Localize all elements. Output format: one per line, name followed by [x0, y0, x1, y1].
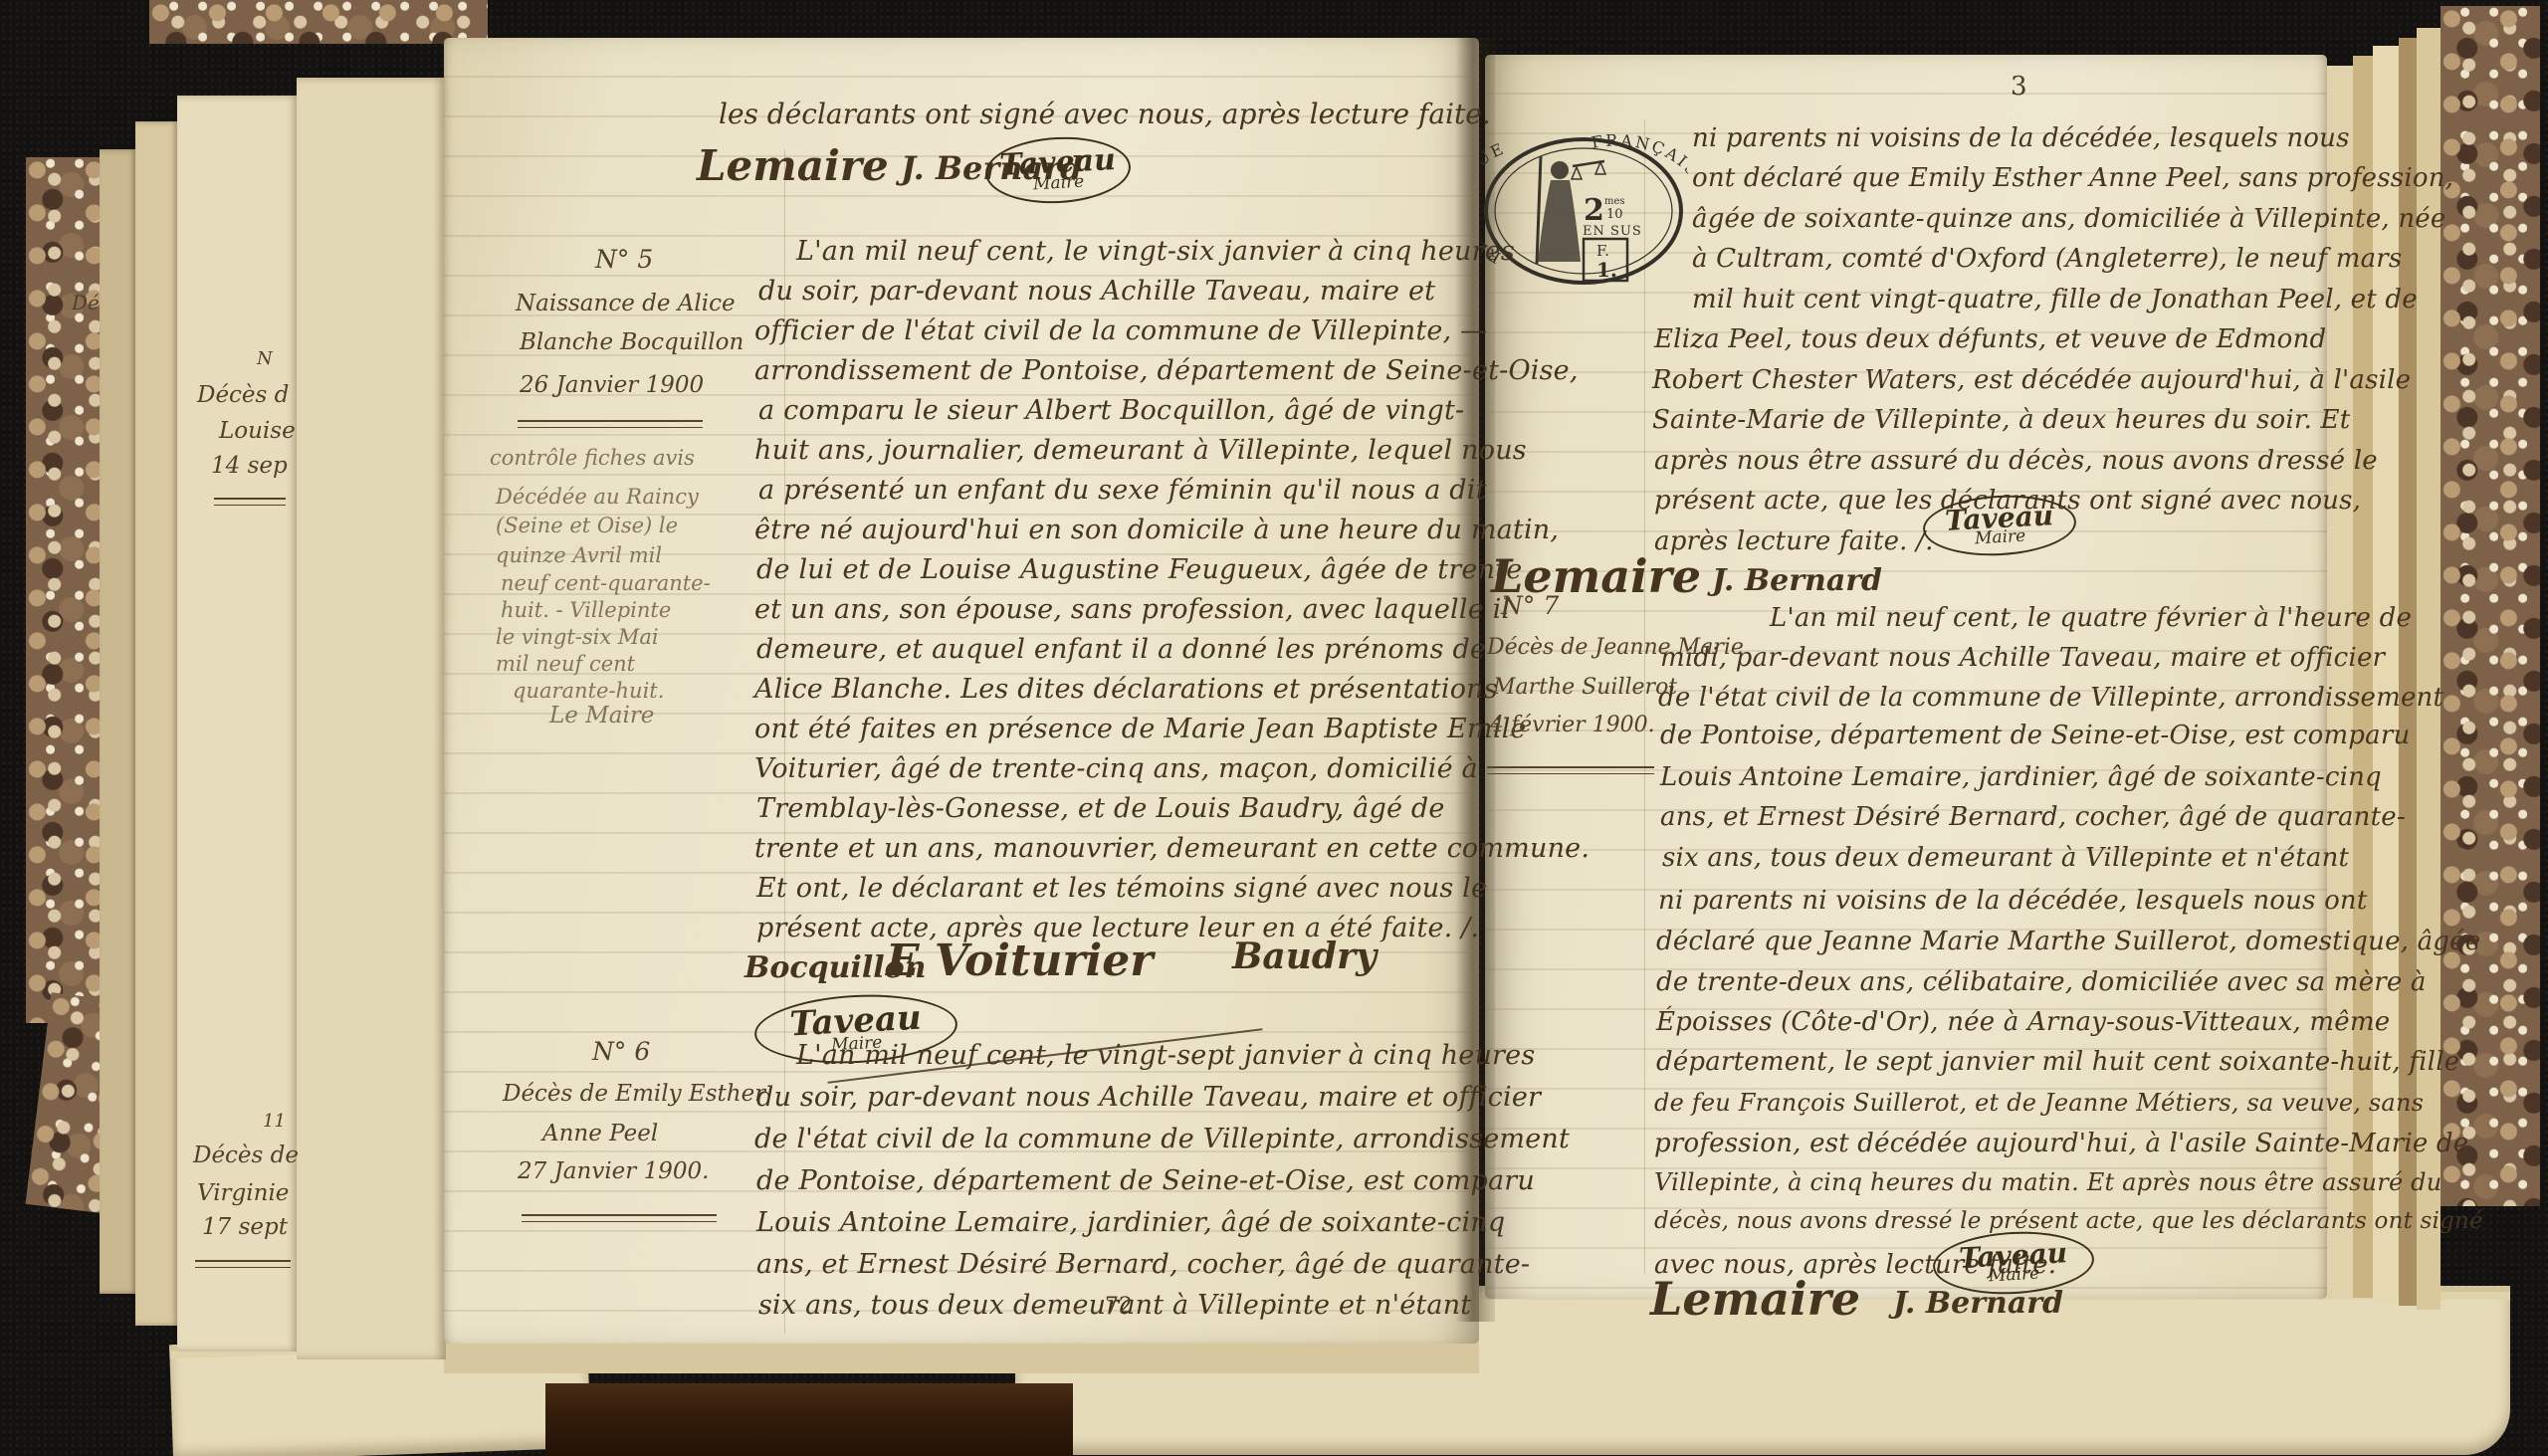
- act7-line: département, le sept janvier mil huit ce…: [1656, 1047, 2459, 1077]
- act5-margin-line3: 26 Janvier 1900: [520, 372, 704, 398]
- act7-line: L'an mil neuf cent, le quatre février à …: [1770, 603, 2412, 633]
- act6-line: de Pontoise, département de Seine-et-Ois…: [756, 1165, 1535, 1196]
- marble-cover-top-left: [149, 0, 488, 44]
- act5-line: huit ans, journalier, demeurant à Villep…: [754, 435, 1527, 466]
- act6-margin-line3: 27 Janvier 1900.: [518, 1158, 709, 1184]
- act6cont-line: mil huit cent vingt-quatre, fille de Jon…: [1692, 285, 2418, 314]
- under-note-upper-number: N: [257, 348, 273, 369]
- act7-margin-line2: Marthe Suillerot: [1493, 675, 1677, 700]
- act5-annotation-line1: contrôle fiches avis: [490, 446, 695, 470]
- act6cont-line: Eliza Peel, tous deux défunts, et veuve …: [1654, 324, 2326, 354]
- act5-line: Voiturier, âgé de trente-cinq ans, maçon…: [754, 753, 1478, 784]
- signature-baudry: Baudry: [1232, 936, 1377, 977]
- act6-margin-rule: [522, 1214, 717, 1222]
- under-note-lower-line2: Virginie: [197, 1180, 289, 1206]
- act6-margin-line1: Décès de Emily Esther: [503, 1081, 765, 1107]
- signature-bernard-act6: J. Bernard: [1712, 563, 1882, 598]
- act5-annotation-line4: quinze Avril mil: [496, 543, 662, 567]
- act5-margin-number: N° 5: [595, 245, 653, 274]
- left-sheet-edge-1: [100, 149, 137, 1294]
- act7-line: de Pontoise, département de Seine-et-Ois…: [1660, 721, 2410, 750]
- act5-line: a présenté un enfant du sexe féminin qu'…: [758, 475, 1487, 506]
- signature-lemaire-top: Lemaire: [697, 141, 889, 190]
- act5-margin-line2: Blanche Bocquillon: [520, 329, 743, 355]
- act5-line: demeure, et auquel enfant il a donné les…: [756, 634, 1486, 665]
- act7-margin-number: N° 7: [1501, 591, 1559, 620]
- act6-margin-number: N° 6: [592, 1037, 650, 1066]
- under-note-lower-line1: Décès de: [193, 1143, 299, 1168]
- prev-act-closing-line: les déclarants ont signé avec nous, aprè…: [719, 98, 1491, 130]
- act6cont-line: ont déclaré que Emily Esther Anne Peel, …: [1692, 163, 2453, 193]
- act5-annotation-line5: neuf cent-quarante-: [501, 571, 711, 595]
- act6-line: de l'état civil de la commune de Villepi…: [754, 1124, 1570, 1154]
- stamp-value-10: 10: [1606, 207, 1623, 222]
- act7-line: Louis Antoine Lemaire, jardinier, âgé de…: [1660, 762, 2382, 792]
- act5-annotation-line2: Décédée au Raincy: [496, 485, 699, 509]
- act5-line: ont été faites en présence de Marie Jean…: [754, 714, 1527, 744]
- act7-line: ans, et Ernest Désiré Bernard, cocher, â…: [1660, 802, 2406, 832]
- act5-line: L'an mil neuf cent, le vingt-six janvier…: [796, 236, 1515, 267]
- under-note-lower-number: 11: [263, 1111, 286, 1132]
- stamp-value-block: 2 mes 10 EN SUS F. 1.: [1583, 193, 1642, 282]
- act7-line: décès, nous avons dressé le présent acte…: [1654, 1208, 2483, 1234]
- act5-line: arrondissement de Pontoise, département …: [754, 355, 1579, 386]
- act5-line: de lui et de Louise Augustine Feugueux, …: [756, 554, 1522, 585]
- act5-margin-line1: Naissance de Alice: [516, 291, 736, 316]
- act7-line: de l'état civil de la commune de Villepi…: [1658, 683, 2443, 713]
- stamp-value-mes: mes: [1604, 196, 1625, 207]
- left-sheet-edge-2: [135, 121, 179, 1326]
- act6cont-line: après nous être assuré du décès, nous av…: [1654, 446, 2378, 476]
- act5-annotation-line9: quarante-huit.: [513, 679, 664, 703]
- act5-annotation-line8: mil neuf cent: [496, 652, 635, 676]
- taveau-title: Maire: [1989, 1267, 2040, 1285]
- act6-line: du soir, par-devant nous Achille Taveau,…: [756, 1082, 1541, 1113]
- signature-voiturier: E Voiturier: [886, 936, 1153, 986]
- act6cont-line: Sainte-Marie de Villepinte, à deux heure…: [1652, 405, 2350, 435]
- act5-line: Tremblay-lès-Gonesse, et de Louis Baudry…: [756, 793, 1445, 824]
- table-wood: [545, 1383, 1073, 1456]
- under-note-upper-line3: 14 sep: [211, 453, 288, 479]
- stamp-value-2: 2: [1584, 193, 1604, 228]
- act5-margin-rule: [518, 420, 703, 428]
- stamp-value-1: 1.: [1596, 258, 1617, 282]
- act5-line: officier de l'état civil de la commune d…: [754, 315, 1487, 346]
- act7-line: ni parents ni voisins de la décédée, les…: [1658, 886, 2368, 916]
- left-page-number: 72: [1105, 1294, 1133, 1319]
- signature-bernard-act7: J. Bernard: [1893, 1286, 2063, 1321]
- under-note-lower-line3: 17 sept: [202, 1214, 288, 1240]
- act7-line: profession, est décédée aujourd'hui, à l…: [1654, 1129, 2468, 1158]
- under-note-upper-rule: [214, 498, 286, 506]
- act5-annotation-line3: (Seine et Oise) le: [496, 514, 678, 537]
- act7-line: Villepinte, à cinq heures du matin. Et a…: [1654, 1168, 2442, 1196]
- act6-margin-line2: Anne Peel: [542, 1121, 658, 1146]
- scales-icon: [1572, 161, 1605, 179]
- edge-partial-note: Dé: [72, 291, 100, 314]
- marble-cover-right: [2441, 6, 2540, 1206]
- act6cont-line: âgée de soixante-quinze ans, domiciliée …: [1692, 204, 2445, 234]
- act7-line: déclaré que Jeanne Marie Marthe Suillero…: [1656, 927, 2480, 956]
- signature-lemaire-act7: Lemaire: [1650, 1272, 1860, 1326]
- act7-margin-rule: [1487, 766, 1654, 774]
- stamp-value-ensus: EN SUS: [1583, 224, 1642, 239]
- revenue-stamp: RÉPUBLIQUE FRANÇAISE 2 mes 10 EN SUS F. …: [1481, 134, 1688, 290]
- right-page-number: 3: [2011, 72, 2027, 102]
- marble-cover-left: [26, 157, 109, 1023]
- act5-line: a comparu le sieur Albert Bocquillon, âg…: [758, 395, 1464, 426]
- act5-annotation-line6: huit. - Villepinte: [501, 598, 671, 622]
- taveau-title: Maire: [1033, 174, 1085, 192]
- taveau-title: Maire: [1975, 529, 2026, 547]
- act7-line: de trente-deux ans, célibataire, domicil…: [1656, 967, 2427, 997]
- act5-line: trente et un ans, manouvrier, demeurant …: [754, 833, 1590, 864]
- act7-margin-line3: 4 février 1900.: [1490, 713, 1655, 737]
- act6cont-line: ni parents ni voisins de la décédée, les…: [1692, 123, 2350, 153]
- act5-line: et un ans, son épouse, sans profession, …: [754, 594, 1510, 625]
- left-sheet-edge-3: [297, 78, 446, 1359]
- act7-line: de feu François Suillerot, et de Jeanne …: [1654, 1089, 2424, 1117]
- act6cont-line: à Cultram, comté d'Oxford (Angleterre), …: [1692, 244, 2402, 274]
- under-note-upper-line2: Louise: [219, 418, 296, 444]
- act5-line: Alice Blanche. Les dites déclarations et…: [754, 674, 1498, 705]
- act6cont-line: Robert Chester Waters, est décédée aujou…: [1652, 365, 2411, 395]
- under-note-lower-rule: [195, 1260, 291, 1268]
- act6-line: L'an mil neuf cent, le vingt-sept janvie…: [796, 1040, 1535, 1071]
- act7-line: midi, par-devant nous Achille Taveau, ma…: [1660, 643, 2385, 673]
- act7-line: six ans, tous deux demeurant à Villepint…: [1662, 843, 2349, 873]
- act5-line: Et ont, le déclarant et les témoins sign…: [756, 873, 1487, 904]
- act5-line: être né aujourd'hui en son domicile à un…: [754, 515, 1559, 545]
- act5-annotation-signoff: Le Maire: [549, 703, 654, 728]
- act6-line: Louis Antoine Lemaire, jardinier, âgé de…: [756, 1207, 1505, 1238]
- act6-line: ans, et Ernest Désiré Bernard, cocher, â…: [756, 1249, 1530, 1280]
- registry-book-scan: Dé N Décès d Louise 14 sep 11 Décès de V…: [0, 0, 2548, 1456]
- act7-line: Époisses (Côte-d'Or), née à Arnay-sous-V…: [1656, 1007, 2390, 1037]
- under-note-upper-line1: Décès d: [197, 382, 289, 408]
- act5-line: du soir, par-devant nous Achille Taveau,…: [758, 276, 1435, 307]
- act5-annotation-line7: le vingt-six Mai: [496, 625, 659, 649]
